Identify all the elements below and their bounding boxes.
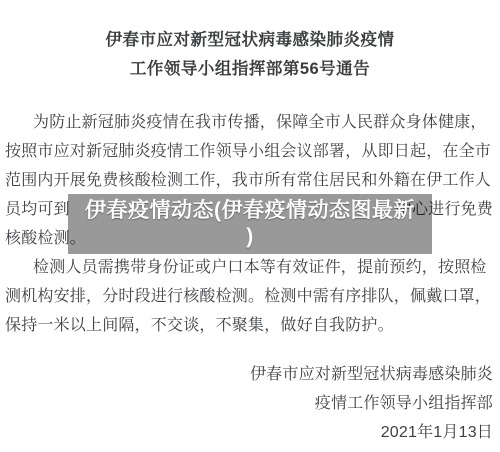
- paragraph1-line1: 为防止新冠肺炎疫情在我市传播，保障全市人民群众身体健康，: [5, 108, 493, 137]
- watermark-overlay: 伊春疫情动态(伊春疫情动态图最新 ): [68, 194, 432, 254]
- signature-line1: 伊春市应对新型冠状病毒感染肺炎: [0, 360, 493, 389]
- paragraph1-line3: 范围内开展免费核酸检测工作，我市所有常住居民和外籍在伊工作人: [5, 166, 493, 195]
- paragraph2-line2: 测机构安排，分时段进行核酸检测。检测中需有序排队，佩戴口罩，: [5, 282, 493, 311]
- signature-line2: 疫情工作领导小组指挥部: [0, 389, 493, 418]
- watermark-text-line1: 伊春疫情动态(伊春疫情动态图最新: [68, 198, 432, 224]
- paragraph2-line1: 检测人员需携带身份证或户口本等有效证件，提前预约，按照检: [5, 253, 493, 282]
- watermark-text-line2: ): [68, 224, 432, 250]
- paragraph1-line4-left: 员均可到: [5, 195, 70, 224]
- notice-title-line2: 工作领导小组指挥部第56号通告: [0, 55, 500, 84]
- paragraph1-line2: 按照市应对新冠肺炎疫情工作领导小组会议部署，从即日起，在全市: [5, 137, 493, 166]
- notice-title-line1: 伊春市应对新型冠状病毒感染肺炎疫情: [0, 26, 500, 55]
- signature-date: 2021年1月13日: [0, 418, 493, 447]
- notice-signature: 伊春市应对新型冠状病毒感染肺炎 疫情工作领导小组指挥部 2021年1月13日: [0, 360, 500, 447]
- notice-page: 伊春市应对新型冠状病毒感染肺炎疫情 工作领导小组指挥部第56号通告 为防止新冠肺…: [0, 0, 500, 452]
- notice-title: 伊春市应对新型冠状病毒感染肺炎疫情 工作领导小组指挥部第56号通告: [0, 0, 500, 84]
- paragraph2-line3: 保持一米以上间隔，不交谈，不聚集，做好自我防护。: [5, 311, 493, 340]
